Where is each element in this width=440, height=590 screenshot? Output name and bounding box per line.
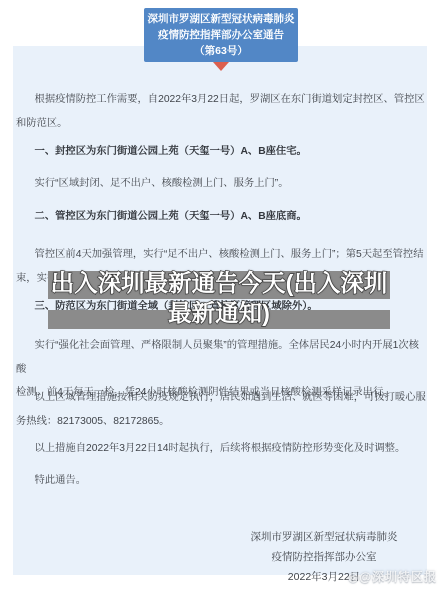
notice-paragraph-hereby: 特此通告。 <box>16 469 428 493</box>
notice-section-2: 二、管控区为东门街道公园上苑（天玺一号）A、B座底商。 <box>16 205 428 229</box>
notice-section-1: 一、封控区为东门街道公园上苑（天玺一号）A、B座住宅。 <box>16 140 428 164</box>
headline-overlay-text-line1: 出入深圳最新通告今天(出入深圳 <box>48 268 390 298</box>
notice-title-line1: 深圳市罗湖区新型冠状病毒肺炎 <box>144 11 298 27</box>
signature-line1: 深圳市罗湖区新型冠状病毒肺炎 <box>242 527 406 547</box>
notice-paragraph-effect: 以上措施自2022年3月22日14时起执行，后续将根据疫情防控形势变化及时调整。 <box>16 437 428 461</box>
notice-paragraph-intro: 根据疫情防控工作需要，自2022年3月22日起，罗湖区在东门街道划定封控区、管控… <box>16 88 428 135</box>
notice-title-line2: 疫情防控指挥部办公室通告 <box>144 27 298 43</box>
signature-line2: 疫情防控指挥部办公室 <box>242 547 406 567</box>
headline-overlay-text-line2: 最新通知) <box>48 297 390 329</box>
notice-paragraph-hotline: 以上区域管理措施按相关防疫规定执行，居民如遇到生活、就医等困难，可拨打暖心服 务… <box>16 386 428 433</box>
headline-overlay-banner: 出入深圳最新通告今天(出入深圳 最新通知) <box>48 266 390 332</box>
pointer-down-icon <box>213 62 229 71</box>
notice-title-badge: 深圳市罗湖区新型冠状病毒肺炎 疫情防控指挥部办公室通告 （第63号） <box>144 8 298 62</box>
notice-paragraph-sec1: 实行“区域封闭、足不出户、核酸检测上门、服务上门”。 <box>16 172 428 196</box>
notice-title-number: （第63号） <box>144 43 298 59</box>
notice-image: 深圳市罗湖区新型冠状病毒肺炎 疫情防控指挥部办公室通告 （第63号） 根据疫情防… <box>0 0 440 590</box>
watermark-text: ◎@深圳特区报 <box>348 568 437 585</box>
